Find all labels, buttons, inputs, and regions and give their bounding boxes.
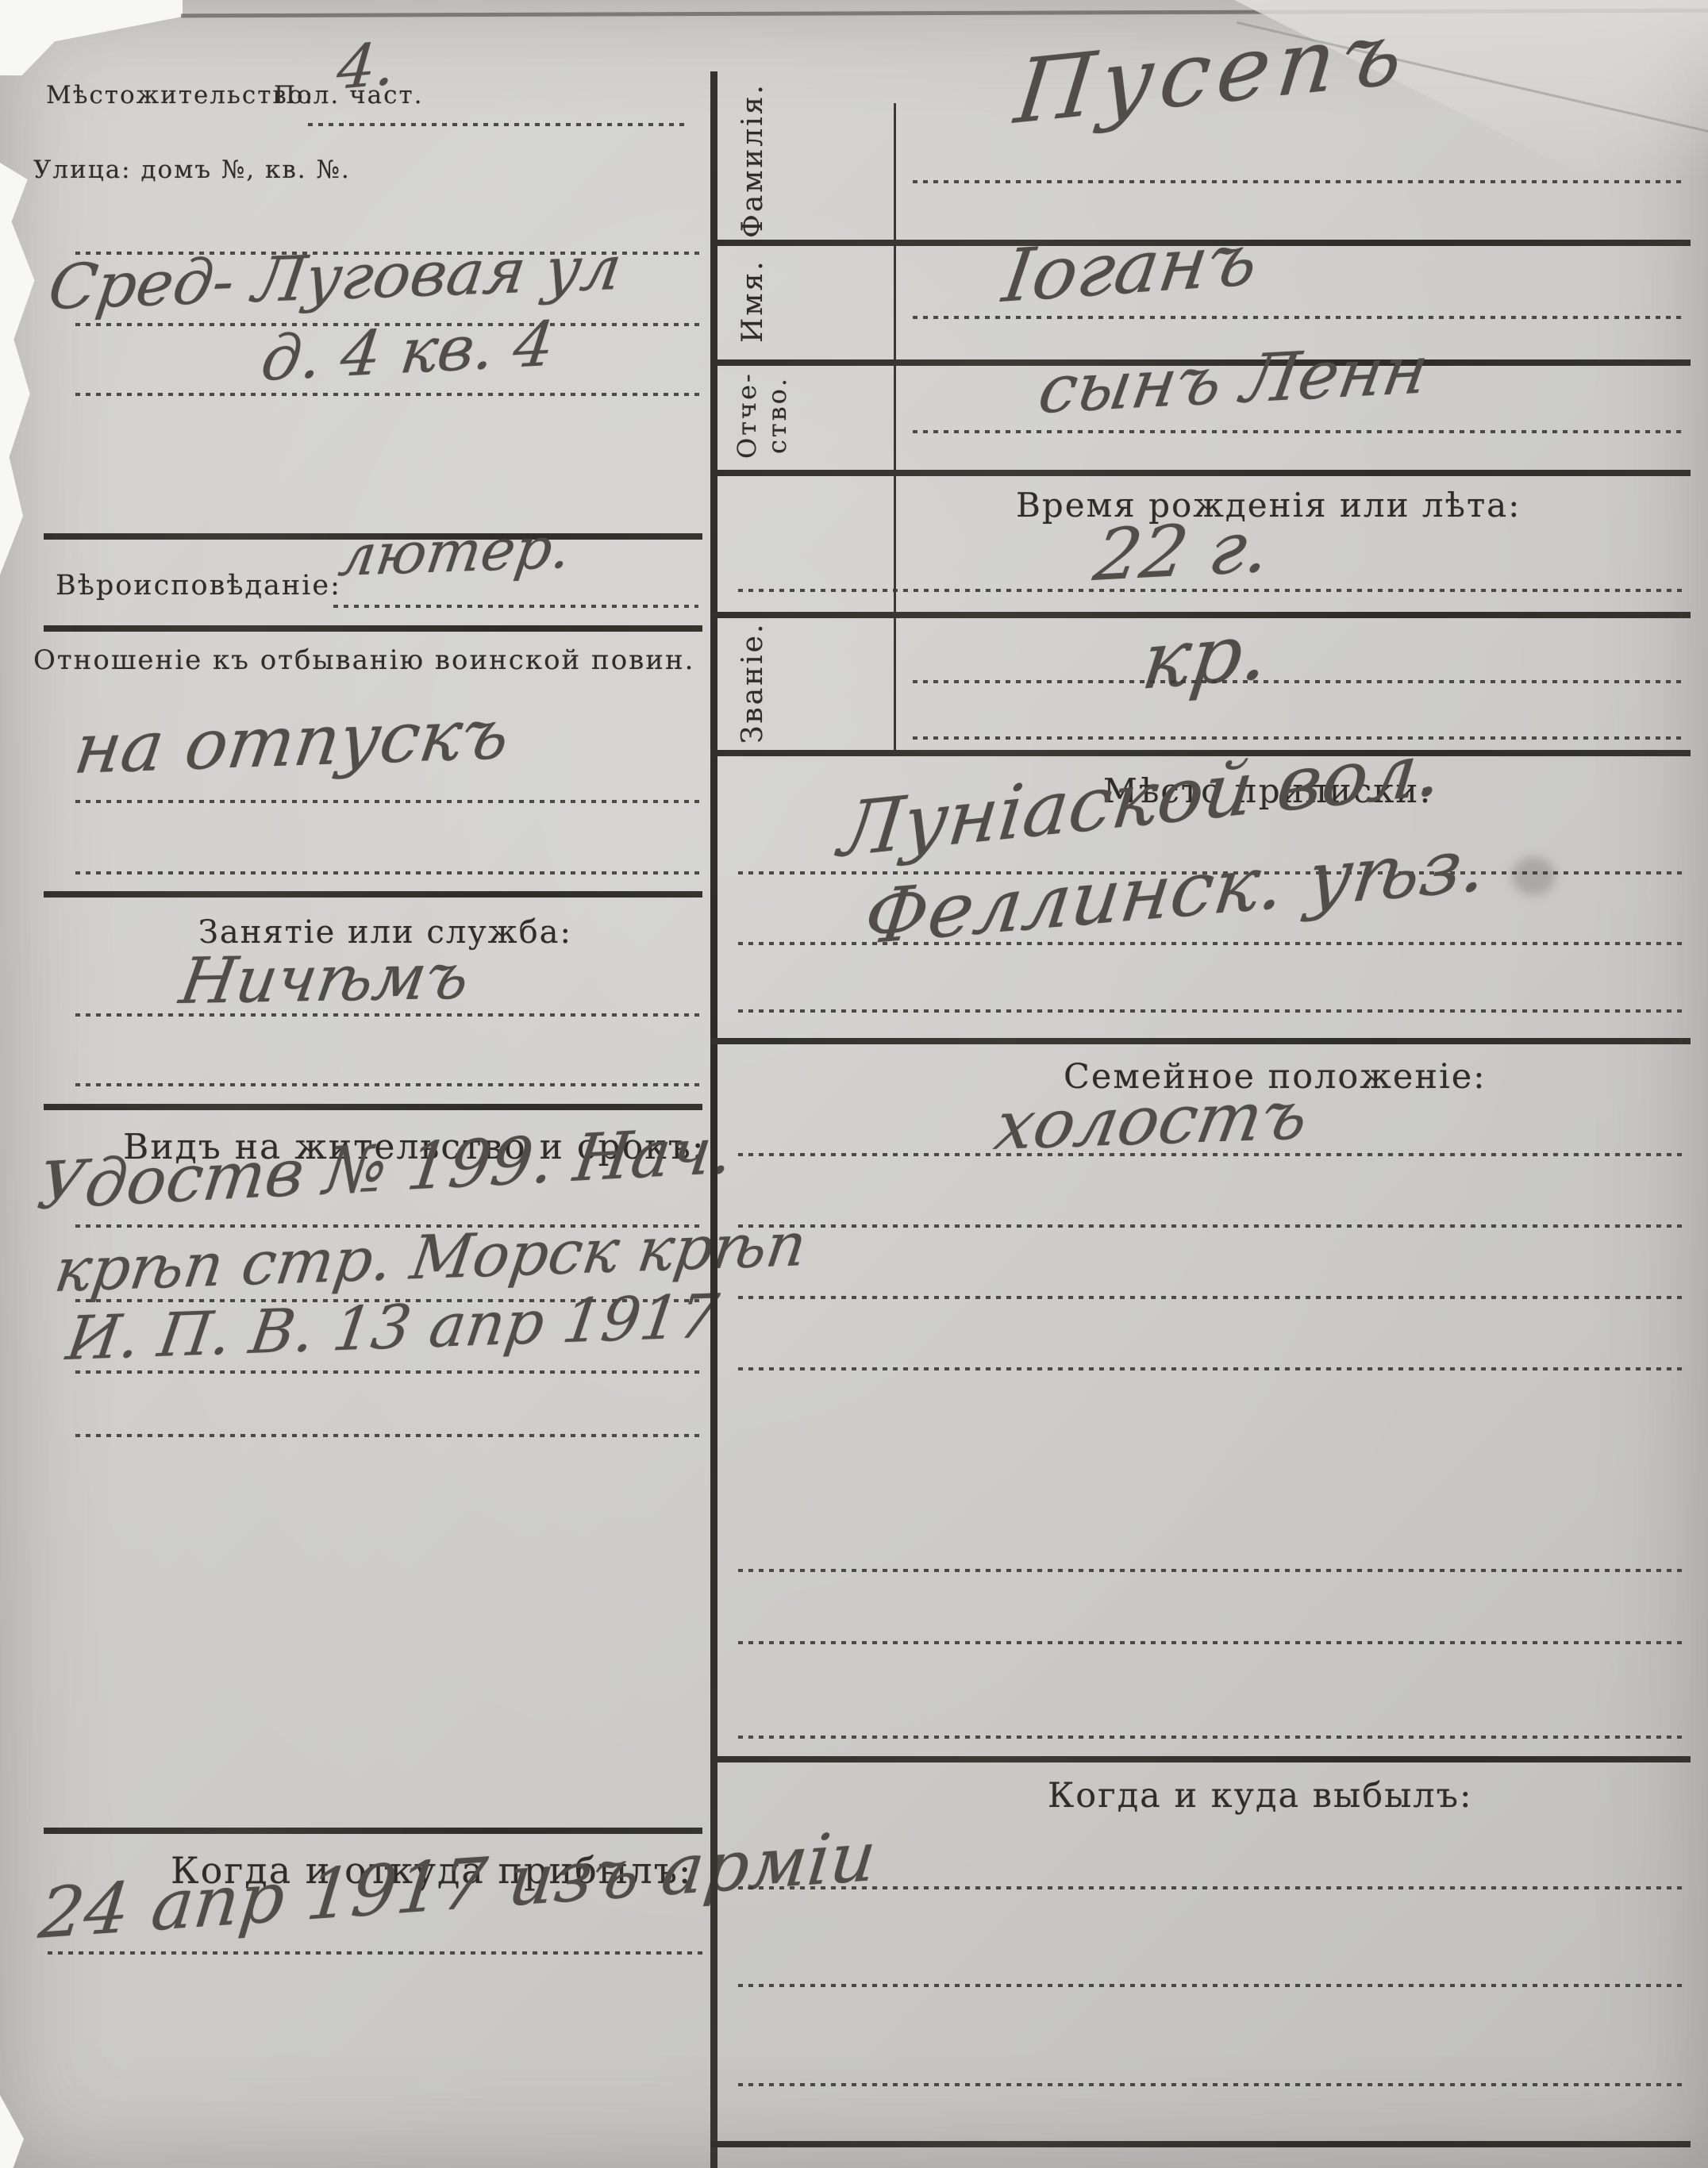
- paper-tear-left: [0, 163, 46, 583]
- dotted-line: [738, 1886, 1687, 1889]
- row-rule: [710, 470, 1691, 476]
- column-divider-line: [710, 71, 717, 2168]
- religion-label: Вѣроисповѣданіе:: [56, 570, 341, 602]
- occupation-value: Ничѣмъ: [175, 940, 475, 1018]
- dotted-line: [738, 942, 1687, 945]
- departed-label: Когда и куда выбылъ:: [1048, 1776, 1472, 1816]
- paper-tear-topleft: [0, 0, 183, 75]
- rank-value: кр.: [1137, 605, 1274, 708]
- dotted-line: [75, 800, 701, 803]
- ink-smudge: [1512, 857, 1556, 895]
- firstname-label: Имя.: [737, 248, 769, 355]
- dotted-line: [913, 680, 1687, 683]
- row-rule: [710, 2141, 1691, 2147]
- dotted-line: [48, 1951, 706, 1955]
- religion-value: лютер.: [335, 514, 575, 589]
- dotted-line: [738, 589, 1687, 592]
- street-label: Улица: домъ №, кв. №.: [33, 156, 351, 184]
- rank-label: Званіе.: [737, 619, 769, 746]
- label-strip-line: [894, 103, 896, 750]
- surname-value: Пусепъ: [1010, 2, 1414, 144]
- dotted-line: [75, 1434, 701, 1437]
- dotted-line: [738, 1367, 1687, 1370]
- row-rule: [710, 1756, 1691, 1762]
- firstname-value: Іоганъ: [998, 217, 1263, 319]
- patronymic-label-line1: Отче-: [732, 363, 762, 467]
- dotted-line: [308, 123, 687, 126]
- dotted-line: [913, 430, 1687, 433]
- dotted-line: [738, 1641, 1687, 1644]
- dotted-line: [738, 2083, 1687, 2086]
- arrived-value: 24 апр 1917 изъ арміи: [36, 1815, 880, 1955]
- dotted-line: [333, 605, 698, 608]
- paper-tear-bottomleft: [0, 2095, 24, 2168]
- dotted-line: [913, 316, 1687, 319]
- dotted-line: [738, 1984, 1687, 1987]
- dotted-line: [738, 1296, 1687, 1299]
- dotted-line: [913, 180, 1687, 183]
- dotted-line: [738, 1736, 1687, 1739]
- dotted-line: [738, 1153, 1687, 1156]
- section-rule: [44, 1104, 702, 1110]
- police-part-value: 4.: [334, 29, 398, 103]
- surname-label: Фамилія.: [737, 83, 769, 238]
- dotted-line: [738, 1009, 1687, 1013]
- dotted-line: [75, 871, 701, 875]
- birth-value: 22 г.: [1089, 505, 1276, 598]
- dotted-line: [75, 1013, 701, 1017]
- section-rule: [44, 891, 702, 898]
- dotted-line: [75, 1083, 701, 1086]
- dotted-line: [738, 1224, 1687, 1228]
- street-value-line2: д. 4 кв. 4: [257, 309, 558, 395]
- section-rule: [44, 625, 702, 632]
- row-rule: [710, 1038, 1691, 1044]
- dotted-line: [913, 736, 1687, 740]
- patronymic-label: Отче- ство.: [732, 363, 792, 467]
- scanned-registration-card: Мѣстожительство: Пол. част. 4. Улица: до…: [0, 0, 1708, 2168]
- military-label: Отношеніе къ отбыванію воинской повин.: [33, 644, 694, 676]
- dotted-line: [75, 1370, 701, 1374]
- dotted-line: [75, 393, 701, 396]
- dotted-line: [738, 1569, 1687, 1572]
- military-value: на отпускъ: [70, 693, 515, 790]
- patronymic-label-line2: ство.: [762, 363, 792, 467]
- patronymic-value: сынъ Ленн: [1033, 331, 1433, 429]
- section-rule: [44, 1828, 702, 1834]
